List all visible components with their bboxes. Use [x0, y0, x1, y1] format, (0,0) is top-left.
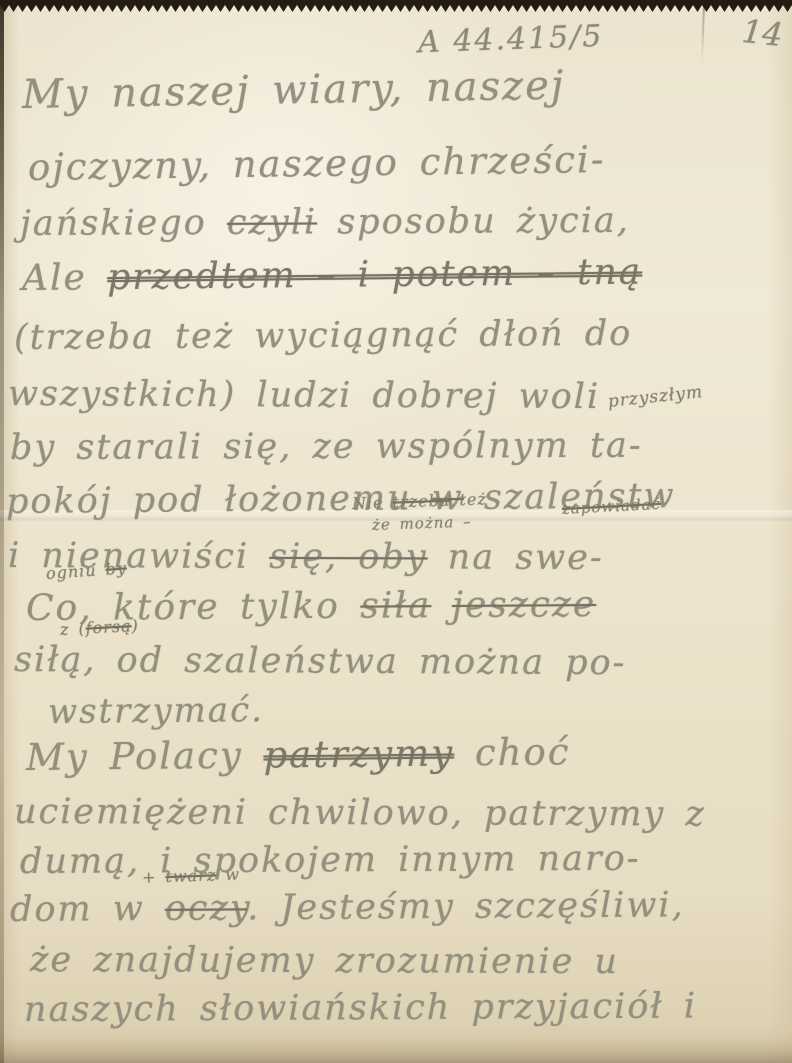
- handwritten-text: z (: [60, 619, 87, 639]
- handwritten-line: My naszej wiary, naszej: [22, 63, 566, 118]
- handwritten-text: wszystkich) ludzi dobrej woli: [8, 374, 600, 417]
- handwritten-text: choć: [454, 730, 571, 774]
- handwritten-line: że znajdujemy zrozumienie u: [30, 940, 619, 982]
- crossed-out-text: twarz: [165, 865, 216, 886]
- handwritten-text: na swe-: [428, 537, 604, 578]
- handwritten-text: ojczyzny, naszego chrześci-: [28, 138, 606, 189]
- crossed-out-text: siła: [360, 585, 431, 626]
- handwritten-text: +: [142, 867, 166, 887]
- handwritten-text: Nie: [352, 493, 393, 513]
- handwritten-text: ogniu: [45, 560, 106, 583]
- page-bottom-shadow: [0, 1037, 792, 1063]
- handwritten-text: . Jesteśmy szczęśliwi,: [247, 885, 685, 928]
- manuscript-page: A 44.415/5 14 My naszej wiary, naszejojc…: [0, 0, 792, 1063]
- manuscript-text: My naszej wiary, naszejojczyzny, naszego…: [0, 0, 792, 1063]
- crossed-out-text: by: [105, 558, 128, 578]
- handwritten-text: że można –: [372, 513, 472, 534]
- handwritten-text: ): [131, 616, 139, 635]
- crossed-out-text: przedtem – i potem – tną: [107, 252, 642, 299]
- handwritten-line: naszych słowiańskich przyjaciół i: [24, 986, 697, 1030]
- torn-perforated-edge: [0, 0, 792, 14]
- handwritten-text: w: [216, 865, 240, 885]
- handwritten-text: [431, 585, 452, 626]
- handwritten-text: siłą, od szaleństwa można po-: [14, 640, 627, 683]
- handwritten-line: wstrzymać.: [48, 690, 264, 732]
- handwritten-text: My Polacy: [26, 734, 264, 779]
- handwritten-text: też: [450, 489, 487, 509]
- interline-insert: przyszłym: [607, 382, 704, 412]
- handwritten-text: jańskiego: [20, 203, 227, 244]
- crossed-out-text: patrzymy: [263, 732, 454, 777]
- handwritten-line: (trzeba też wyciągnąć dłoń do: [14, 314, 633, 358]
- handwritten-line: by starali się, ze wspólnym ta-: [10, 426, 643, 468]
- handwritten-text: wstrzymać.: [48, 690, 264, 732]
- handwritten-text: My naszej wiary, naszej: [22, 63, 566, 118]
- crossed-out-text: trzeba: [392, 491, 450, 512]
- handwritten-text: by starali się, ze wspólnym ta-: [10, 426, 643, 468]
- crossed-out-text: oczy: [165, 888, 248, 929]
- crossed-out-text: jeszcze: [452, 584, 597, 626]
- crossed-out-text: czyli: [227, 202, 317, 242]
- interline-insert: + twarz w: [142, 865, 241, 887]
- handwritten-line: dom w oczy. Jesteśmy szczęśliwi,: [10, 885, 685, 930]
- handwritten-text: sposobu życia,: [317, 201, 630, 243]
- handwritten-line: siłą, od szaleństwa można po-: [14, 640, 627, 683]
- handwritten-text: dom w: [10, 889, 165, 930]
- handwritten-line: wszystkich) ludzi dobrej woli: [8, 374, 600, 417]
- handwritten-line: uciemiężeni chwilowo, patrzymy z: [14, 792, 706, 834]
- handwritten-line: jańskiego czyli sposobu życia,: [20, 201, 630, 244]
- interline-insert: że można –: [372, 513, 472, 534]
- handwritten-text: (trzeba też wyciągnąć dłoń do: [14, 314, 633, 358]
- handwritten-text: naszych słowiańskich przyjaciół i: [24, 986, 697, 1030]
- handwritten-line: My Polacy patrzymy choć: [26, 730, 571, 779]
- handwritten-line: Ale przedtem – i potem – tną: [22, 252, 643, 299]
- handwritten-line: dumą, i spokojem innym naro-: [20, 839, 641, 882]
- page-left-edge: [0, 0, 4, 1063]
- handwritten-text: przyszłym: [607, 382, 704, 412]
- crossed-out-text: forsą: [85, 616, 132, 637]
- handwritten-text: dumą, i spokojem innym naro-: [20, 839, 641, 882]
- handwritten-line: ojczyzny, naszego chrześci-: [28, 138, 606, 189]
- interline-insert: z (forsą): [60, 616, 140, 639]
- handwritten-text: że znajdujemy zrozumienie u: [30, 940, 619, 982]
- handwritten-text: Ale: [22, 257, 108, 299]
- handwritten-text: uciemiężeni chwilowo, patrzymy z: [14, 792, 706, 834]
- crossed-out-text: się, oby: [269, 537, 428, 578]
